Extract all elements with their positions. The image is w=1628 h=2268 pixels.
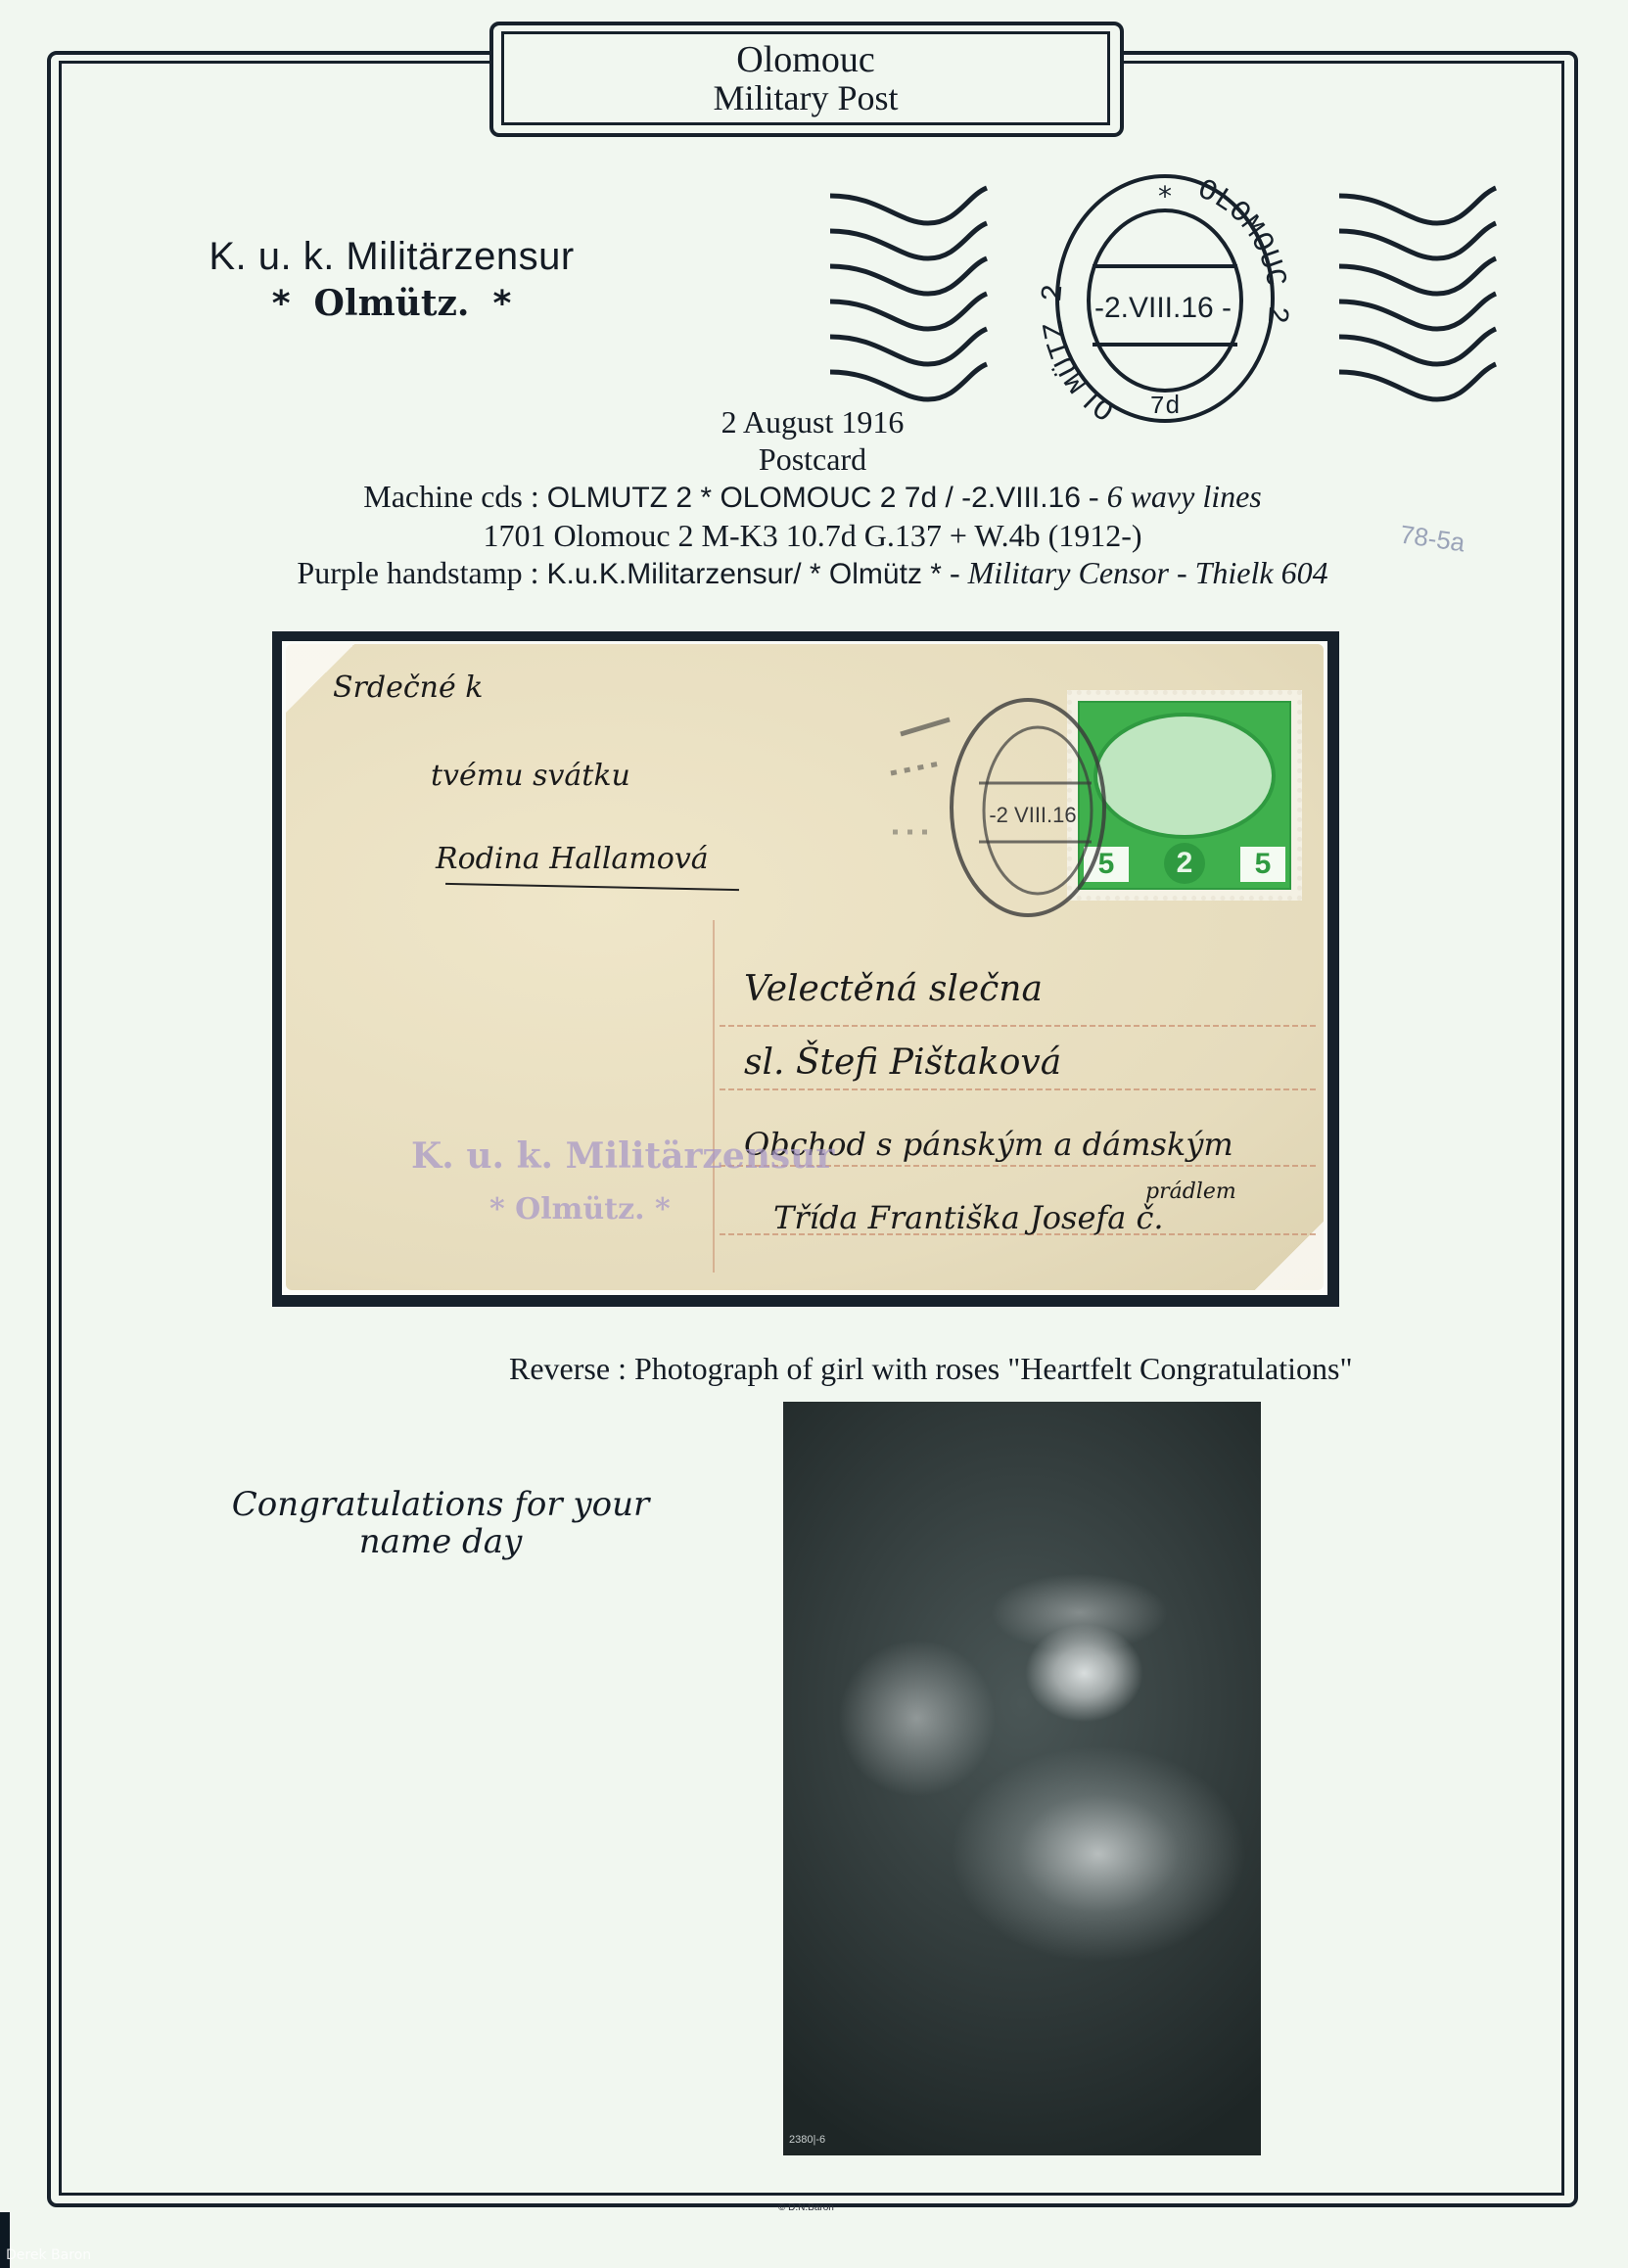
star-icon: * [1158, 180, 1172, 212]
description-block: 2 August 1916 Postcard Machine cds : OLM… [98, 403, 1527, 593]
postmark-drawing: OLMÜTZ 2 OLOMOUC 2 * -2.VIII.16 - 7d [822, 166, 1508, 431]
censor-handstamp-replica: K. u. k. Militärzensur *Olmütz.* [157, 235, 627, 324]
page-title: Olomouc [736, 40, 874, 79]
postcard-divider [713, 920, 715, 1273]
star-icon: * [492, 284, 511, 324]
handstamp-note: - Military Censor - Thielk 604 [942, 555, 1328, 590]
catalogue-line: 1701 Olomouc 2 M-K3 10.7d G.137 + W.4b (… [98, 517, 1527, 554]
postmark-date: -2.VIII.16 - [1094, 292, 1232, 324]
cds-line: Machine cds : OLMUTZ 2 * OLOMOUC 2 7d / … [98, 478, 1527, 517]
address-line: Třída Františka Josefa č. [773, 1199, 1164, 1236]
photo-printer-mark: 2380|-6 [789, 2134, 825, 2146]
reverse-caption: Reverse : Photograph of girl with roses … [509, 1351, 1353, 1387]
page-subtitle: Military Post [713, 79, 898, 116]
machine-postmark-replica: OLMÜTZ 2 OLOMOUC 2 * -2.VIII.16 - 7d [822, 166, 1508, 431]
copyright-notice: © D.N.Baron [778, 2202, 834, 2213]
handstamp-line: Purple handstamp : K.u.K.Militarzensur/ … [98, 554, 1527, 593]
photo-corner-mount [1255, 1222, 1324, 1290]
translation-note: Congratulations for your name day [186, 1486, 695, 1560]
censor-line-2: *Olmütz.* [157, 283, 627, 324]
message-line: tvému svátku [431, 759, 630, 793]
cds-note: - 6 wavy lines [1081, 479, 1262, 514]
watermark: Derek Baron [6, 2247, 91, 2263]
address-line: sl. Štefi Pištaková [744, 1042, 1061, 1083]
message-signature: Rodina Hallamová [436, 842, 709, 876]
wavy-lines-right [1339, 188, 1496, 399]
postcard-postmark: -2 VIII.16 [881, 685, 1175, 930]
stamp-value: 5 [1240, 847, 1285, 882]
title-box: Olomouc Military Post [501, 31, 1110, 125]
handstamp-value: K.u.K.Militarzensur/ * Olmütz * [547, 558, 942, 590]
star-icon: * [272, 284, 291, 324]
item-type: Postcard [98, 440, 1527, 478]
reverse-photograph [783, 1402, 1261, 2155]
censor-line-1: K. u. k. Militärzensur [157, 235, 627, 279]
item-date: 2 August 1916 [98, 403, 1527, 440]
wavy-lines-left [830, 188, 987, 399]
address-rule [720, 1025, 1317, 1027]
address-line: Velectěná slečna [744, 969, 1043, 1009]
purple-censor-handstamp: K. u. k. Militärzensur [411, 1135, 834, 1177]
censor-town: Olmütz. [314, 283, 470, 324]
message-line: Srdečné k [333, 671, 483, 705]
cds-value: OLMUTZ 2 * OLOMOUC 2 7d / -2.VIII.16 [547, 482, 1081, 514]
address-rule [720, 1088, 1317, 1090]
purple-censor-handstamp: * Olmütz. * [489, 1192, 671, 1227]
svg-text:-2 VIII.16: -2 VIII.16 [989, 803, 1076, 827]
